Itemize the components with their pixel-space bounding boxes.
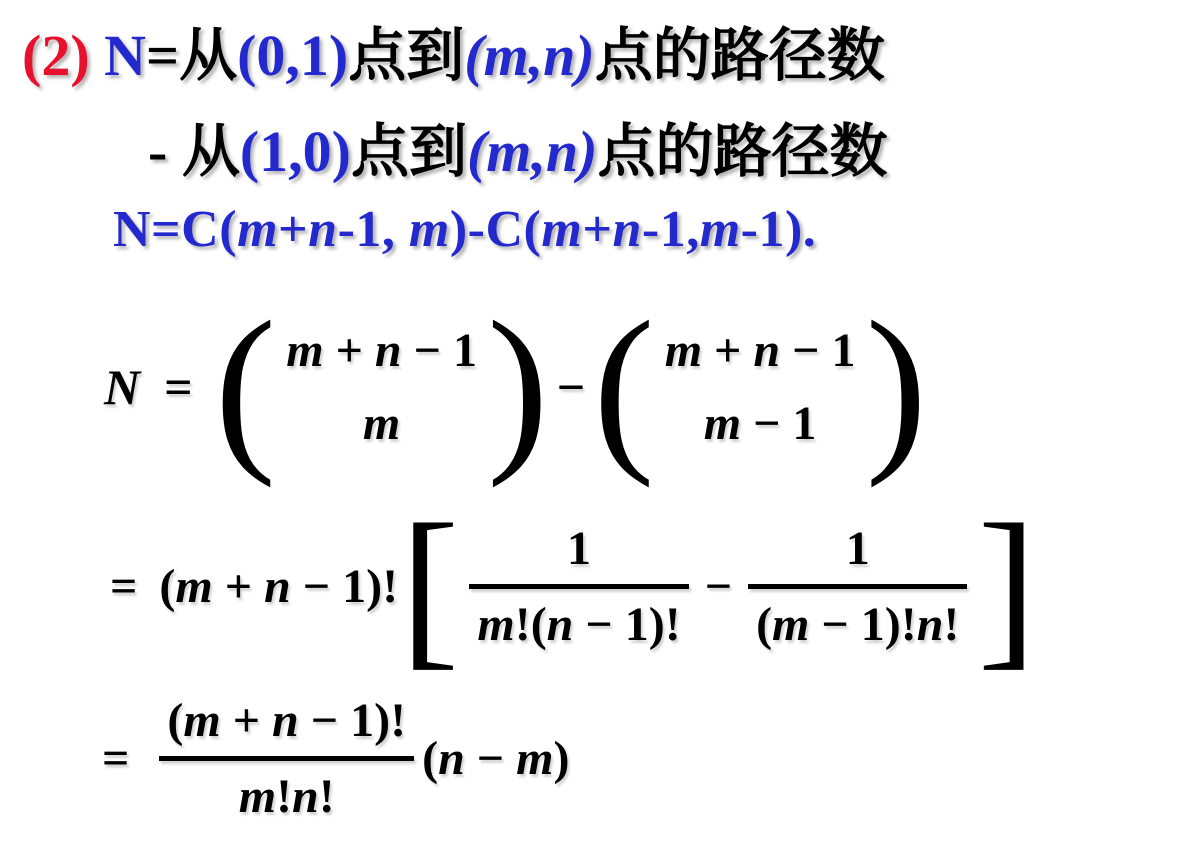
formula-summary-line: N=C(m+n-1, m)-C(m+n-1,m-1).	[113, 200, 816, 259]
text-segment: 点的路径数	[595, 23, 885, 88]
fraction-bar	[469, 584, 688, 589]
fraction-denominator: m!(n − 1)!	[469, 597, 688, 652]
equals-sign: =	[164, 358, 193, 416]
factorial-prefix: (m + n − 1)!	[159, 559, 398, 614]
title-line-1: (2) N=从(0,1)点到(m,n)点的路径数	[22, 8, 885, 92]
fraction-bar	[159, 756, 414, 761]
equation-final: = (m + n − 1)! m!n! (n − m)	[102, 682, 569, 834]
fraction-bar	[748, 584, 967, 589]
fraction-denominator: m!n!	[231, 769, 343, 824]
equation-factorial-brackets: = (m + n − 1)! [ 1 m!(n − 1)! − 1 (m − 1…	[110, 494, 1039, 678]
text-segment: =从	[146, 23, 237, 88]
fraction-numerator: 1	[559, 521, 599, 576]
point-1-0: (1,0)	[240, 119, 351, 184]
n-symbol: N	[104, 358, 140, 416]
binomial-top: m + n − 1	[286, 323, 477, 378]
right-bracket: ]	[977, 506, 1036, 666]
slide: (2) N=从(0,1)点到(m,n)点的路径数 - 从(1,0)点到(m,n)…	[0, 0, 1184, 844]
fraction-denominator: (m − 1)!n!	[748, 597, 967, 652]
item-number: (2)	[22, 23, 104, 88]
left-paren: (	[215, 306, 277, 469]
point-0-1: (0,1)	[237, 23, 348, 88]
binomial-bottom: m	[363, 396, 400, 451]
point-m-n: (m,n)	[464, 23, 595, 88]
binomial-top: m + n − 1	[665, 323, 856, 378]
fraction-2: 1 (m − 1)!n!	[748, 521, 967, 652]
binomial-bottom: m − 1	[704, 396, 817, 451]
final-factor: (n − m)	[422, 731, 569, 786]
text-segment: 点的路径数	[597, 119, 887, 184]
fraction-numerator: (m + n − 1)!	[159, 693, 414, 748]
title-line-2: - 从(1,0)点到(m,n)点的路径数	[148, 104, 888, 188]
fraction-final: (m + n − 1)! m!n!	[159, 693, 414, 824]
equation-binomials: N = ( m + n − 1 m ) − ( m + n − 1 m − 1 …	[104, 298, 927, 476]
n-symbol: N	[104, 23, 146, 88]
point-m-n: (m,n)	[467, 119, 598, 184]
binomial-1: m + n − 1 m	[276, 323, 487, 451]
fraction-numerator: 1	[838, 521, 878, 576]
left-paren: (	[593, 306, 655, 469]
text-segment: 点到	[351, 119, 467, 184]
binomial-2: m + n − 1 m − 1	[655, 323, 866, 451]
fraction-1: 1 m!(n − 1)!	[469, 521, 688, 652]
left-bracket: [	[400, 506, 459, 666]
text-segment: - 从	[148, 119, 240, 184]
minus-sign: −	[697, 559, 740, 614]
equals-sign: =	[102, 731, 129, 786]
right-paren: )	[865, 306, 927, 469]
right-paren: )	[487, 306, 549, 469]
text-segment: 点到	[348, 23, 464, 88]
equals-sign: =	[110, 559, 137, 614]
minus-sign: −	[549, 358, 594, 416]
